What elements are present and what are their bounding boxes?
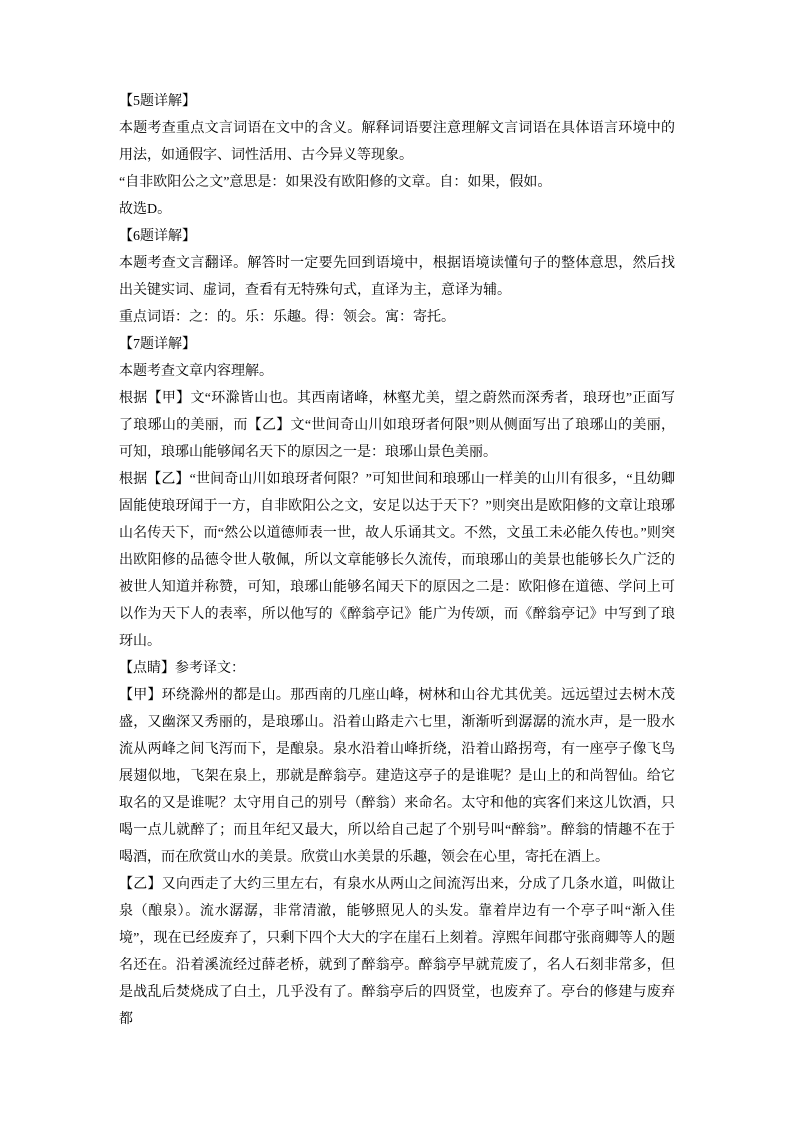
document-body: 【5题详解】本题考查重点文言词语在文中的含义。解释词语要注意理解文言词语在具体语…	[119, 88, 675, 1033]
section-heading: 【点睛】参考译文：	[119, 655, 675, 682]
paragraph: 根据【甲】文“环滁皆山也。其西南诸峰，林壑尤美，望之蔚然而深秀者，琅玡也”正面写…	[119, 385, 675, 466]
paragraph: 根据【乙】“世间奇山川如琅玡者何限？”可知世间和琅琊山一样美的山川有很多，“且幼…	[119, 466, 675, 655]
document-page: 【5题详解】本题考查重点文言词语在文中的含义。解释词语要注意理解文言词语在具体语…	[0, 0, 794, 1123]
paragraph: 本题考查文章内容理解。	[119, 358, 675, 385]
paragraph: “自非欧阳公之文”意思是：如果没有欧阳修的文章。自：如果，假如。	[119, 169, 675, 196]
paragraph: 重点词语：之：的。乐：乐趣。得：领会。寓：寄托。	[119, 304, 675, 331]
paragraph: 【乙】又向西走了大约三里左右，有泉水从两山之间流泻出来，分成了几条水道，叫做让泉…	[119, 871, 675, 1033]
paragraph: 故选D。	[119, 196, 675, 223]
paragraph: 本题考查文言翻译。解答时一定要先回到语境中，根据语境读懂句子的整体意思，然后找出…	[119, 250, 675, 304]
paragraph: 【甲】环绕滁州的都是山。那西南的几座山峰，树林和山谷尤其优美。远远望过去树木茂盛…	[119, 682, 675, 871]
section-heading: 【5题详解】	[119, 88, 675, 115]
section-heading: 【6题详解】	[119, 223, 675, 250]
paragraph: 本题考查重点文言词语在文中的含义。解释词语要注意理解文言词语在具体语言环境中的用…	[119, 115, 675, 169]
section-heading: 【7题详解】	[119, 331, 675, 358]
